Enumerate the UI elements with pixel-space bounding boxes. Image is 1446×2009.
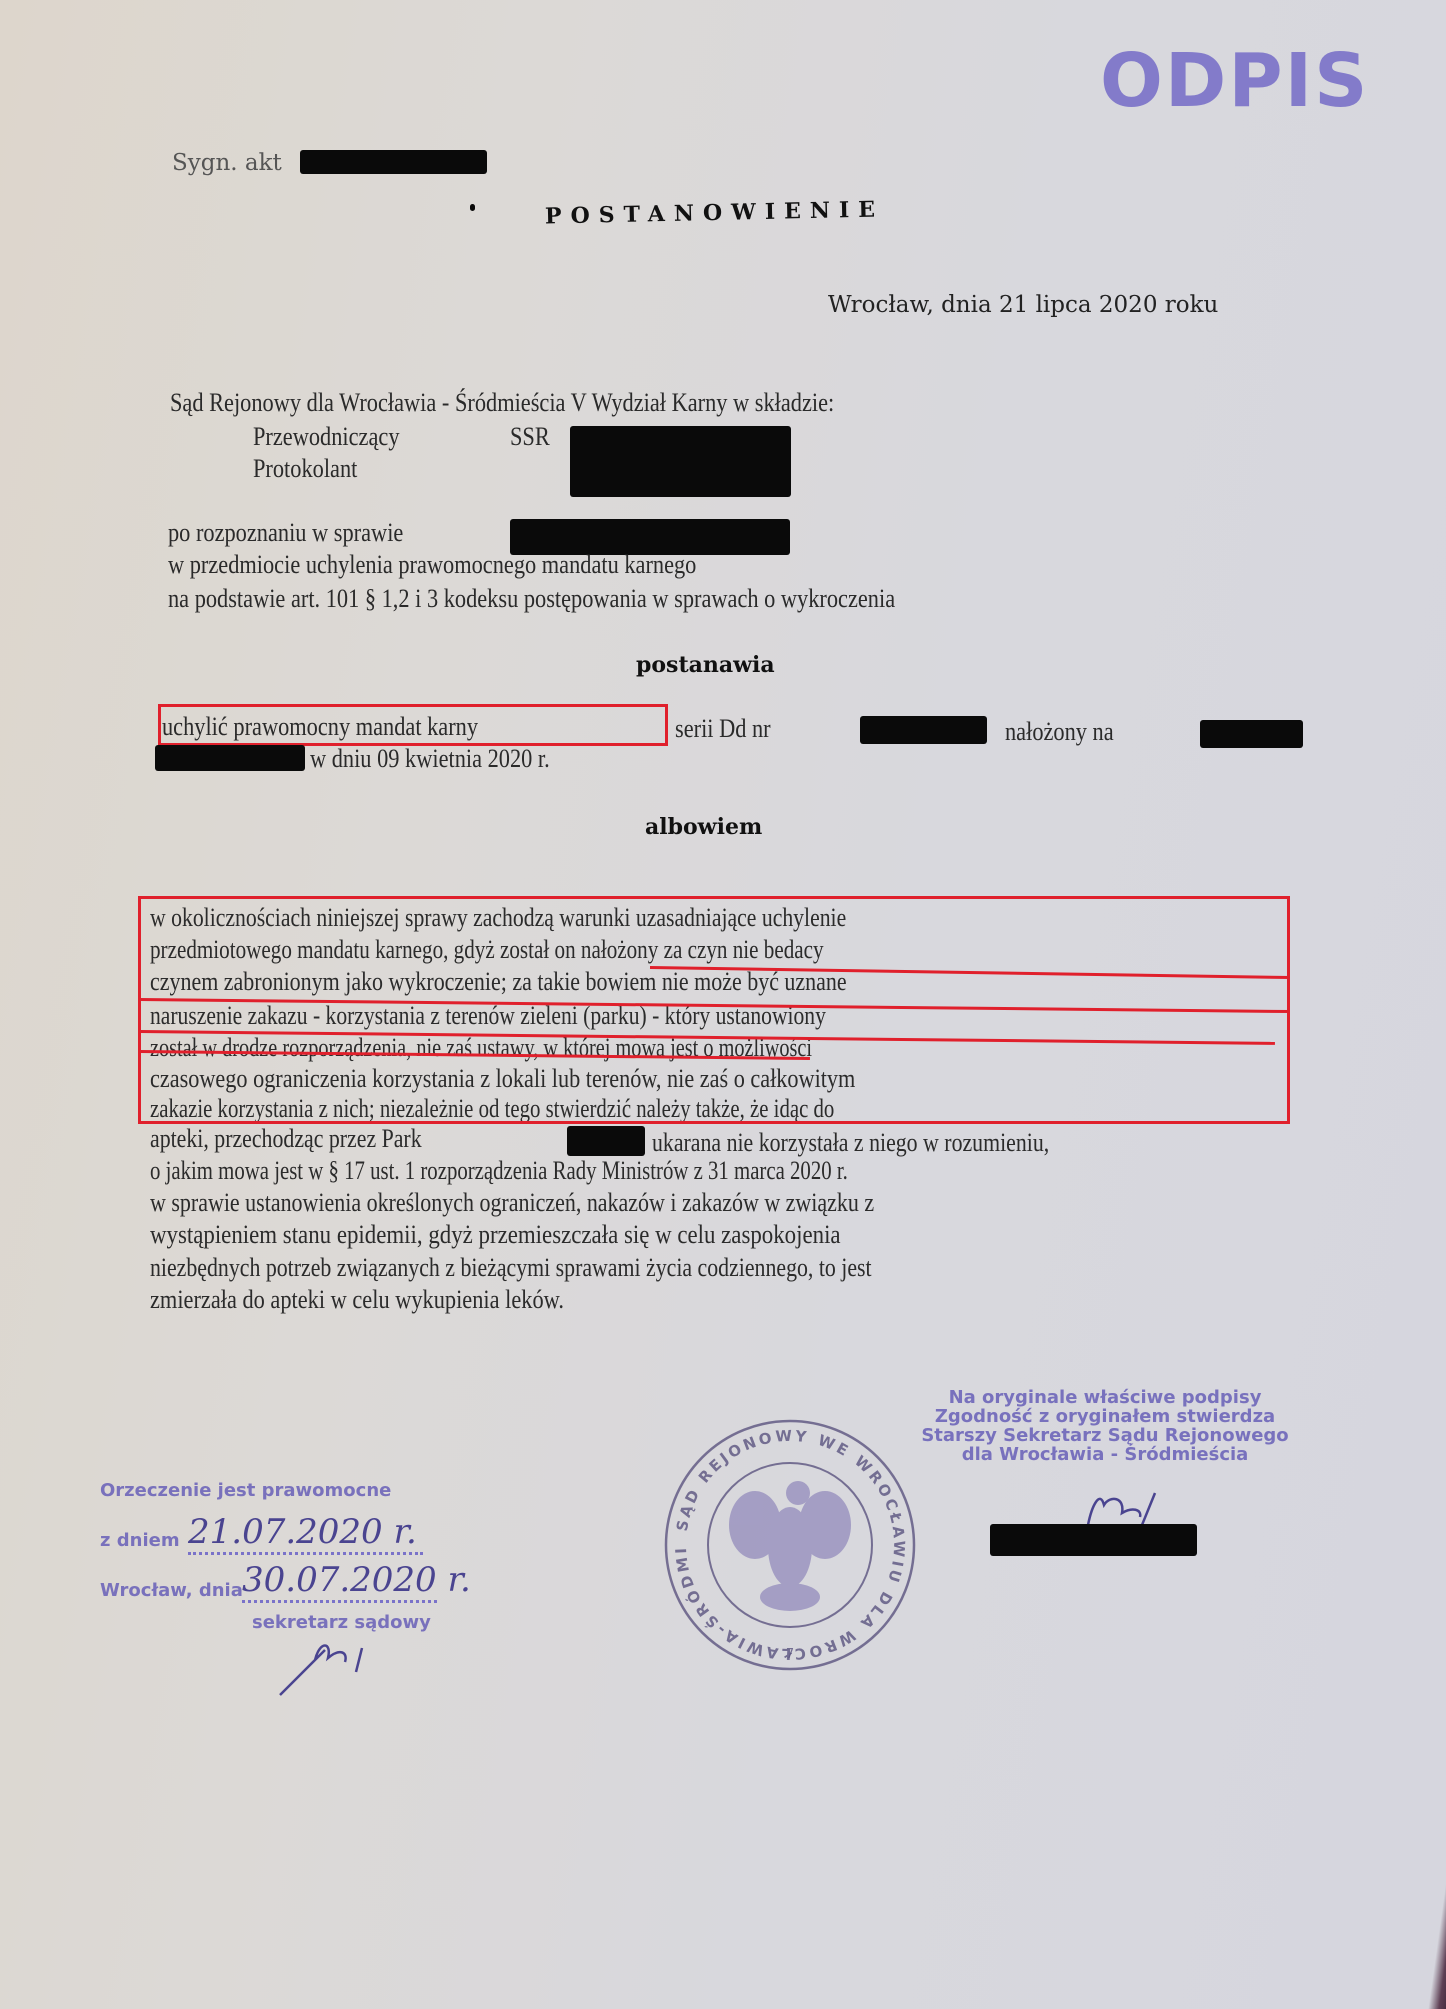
reasoning-heading: albowiem (645, 814, 762, 840)
reasoning-park-line-start: apteki, przechodząc przez Park (150, 1124, 422, 1154)
reasoning-park-line-end: ukarana nie korzystała z niego w rozumie… (652, 1128, 1049, 1158)
finality-stamp-title: Orzeczenie jest prawomocne (100, 1480, 391, 1501)
case-ref-label: Sygn. akt (172, 150, 282, 176)
redaction-secretary-name (990, 1524, 1197, 1556)
signature-secretary (270, 1630, 390, 1700)
chair-title: SSR (510, 422, 550, 452)
decision-imposed-on: nałożony na (1005, 717, 1114, 747)
page-edge-shadow (1428, 1840, 1446, 2009)
reasoning-line-8: o jakim mowa jest w § 17 ust. 1 rozporzą… (150, 1156, 848, 1186)
reasoning-line-10: wystąpieniem stanu epidemii, gdyż przemi… (150, 1220, 841, 1250)
intro-line-2: w przedmiocie uchylenia prawomocnego man… (168, 550, 696, 580)
certification-stamp: Na oryginale właściwe podpisy Zgodność z… (905, 1388, 1305, 1464)
finality-with-date-label: z dniem (100, 1530, 180, 1551)
intro-line-3: na podstawie art. 101 § 1,2 i 3 kodeksu … (168, 584, 895, 614)
court-seal: SĄD REJONOWY WE WROCŁAWIU DLA WROCŁAWIA-… (660, 1415, 920, 1675)
seal-number: 7 (786, 1647, 794, 1662)
certification-line-1: Na oryginale właściwe podpisy (905, 1388, 1305, 1407)
reasoning-line-9: w sprawie ustanowienia określonych ogran… (150, 1188, 874, 1218)
redaction-park-name (567, 1126, 645, 1156)
document-date: Wrocław, dnia 21 lipca 2020 roku (828, 292, 1218, 318)
chair-label: Przewodniczący (253, 422, 400, 452)
annotation-box-decision (158, 704, 668, 746)
clerk-label: Protokolant (253, 454, 357, 484)
finality-place-date-value: 30.07.2020 r. (242, 1560, 437, 1603)
document-title: POSTANOWIENIE (545, 196, 885, 229)
reasoning-line-12: zmierzała do apteki w celu wykupienia le… (150, 1285, 564, 1315)
redaction-ticket-number (860, 716, 987, 744)
eagle-emblem-icon (729, 1481, 851, 1611)
decision-series: serii Dd nr (675, 714, 771, 744)
finality-with-date-value: 21.07.2020 r. (188, 1512, 423, 1555)
decision-heading: postanawia (636, 652, 775, 678)
redaction-person-1 (1200, 720, 1303, 748)
redaction-dot (470, 204, 475, 211)
reasoning-line-11: niezbędnych potrzeb związanych z bieżący… (150, 1253, 872, 1283)
decision-date: w dniu 09 kwietnia 2020 r. (310, 744, 550, 774)
copy-stamp: ODPIS (1100, 38, 1369, 124)
intro-line-1: po rozpoznaniu w sprawie (168, 518, 403, 548)
court-line: Sąd Rejonowy dla Wrocławia - Śródmieścia… (170, 388, 834, 418)
redaction-case-ref (300, 150, 487, 174)
redaction-person-2 (155, 745, 305, 771)
redaction-judge-clerk (570, 426, 791, 497)
finality-place-label: Wrocław, dnia (100, 1580, 243, 1601)
certification-line-4: dla Wrocławia - Śródmieścia (905, 1445, 1305, 1464)
certification-line-3: Starszy Sekretarz Sądu Rejonowego (905, 1426, 1305, 1445)
certification-line-2: Zgodność z oryginałem stwierdza (905, 1407, 1305, 1426)
